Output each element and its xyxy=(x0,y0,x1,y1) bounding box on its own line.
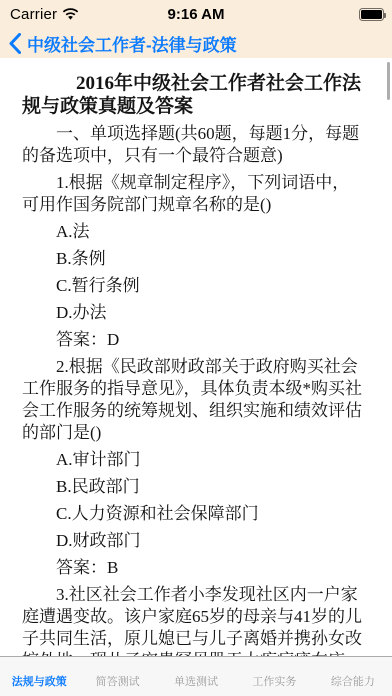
question-answer: 答案：B xyxy=(22,557,366,579)
status-bar-right xyxy=(359,0,384,28)
back-chevron-icon xyxy=(9,33,21,54)
document-title: 2016年中级社会工作者社会工作法规与政策真题及答案 xyxy=(22,72,366,118)
question-stem: 3.社区社会工作者小李发现社区内一户家庭遭遇变故。该户家庭65岁的母亲与41岁的… xyxy=(22,584,366,656)
scrollbar-thumb[interactable] xyxy=(387,62,390,100)
tab-comprehensive-ability[interactable]: 综合能力 xyxy=(314,657,392,696)
tab-single-choice-test[interactable]: 单选测试 xyxy=(157,657,235,696)
navigation-bar: 中级社会工作者-法律与政策 xyxy=(0,28,392,58)
section-intro: 一、单项选择题(共60题，每题1分，每题的备选项中，只有一个最符合题意) xyxy=(22,123,366,167)
question-option: B.条例 xyxy=(22,248,366,270)
app-screen: Carrier 9:16 AM 中级社会工作者-法律与政策 2016年中级社会工… xyxy=(0,0,392,696)
question-option: A.审计部门 xyxy=(22,449,366,471)
question-option: C.暂行条例 xyxy=(22,275,366,297)
tab-short-answer-test[interactable]: 简答测试 xyxy=(78,657,156,696)
tab-bar: 法规与政策 简答测试 单选测试 工作实务 综合能力 xyxy=(0,656,392,696)
clock: 9:16 AM xyxy=(0,6,392,23)
question-option: B.民政部门 xyxy=(22,476,366,498)
question-option: A.法 xyxy=(22,221,366,243)
nav-back-title: 中级社会工作者-法律与政策 xyxy=(27,31,237,56)
document-scroll-area[interactable]: 2016年中级社会工作者社会工作法规与政策真题及答案 一、单项选择题(共60题，… xyxy=(0,58,392,656)
back-button[interactable]: 中级社会工作者-法律与政策 xyxy=(0,31,237,56)
status-bar: Carrier 9:16 AM xyxy=(0,0,392,28)
tab-laws-and-policies[interactable]: 法规与政策 xyxy=(0,657,78,696)
question-option: D.办法 xyxy=(22,302,366,324)
question-stem: 2.根据《民政部财政部关于政府购买社会工作服务的指导意见》，具体负责本级*购买社… xyxy=(22,356,366,444)
battery-icon xyxy=(359,8,384,21)
question-stem: 1.根据《规章制定程序》，下列词语中，可用作国务院部门规章名称的是() xyxy=(22,172,366,216)
tab-practice[interactable]: 工作实务 xyxy=(235,657,313,696)
question-answer: 答案：D xyxy=(22,329,366,351)
question-option: C.人力资源和社会保障部门 xyxy=(22,503,366,525)
question-option: D.财政部门 xyxy=(22,530,366,552)
